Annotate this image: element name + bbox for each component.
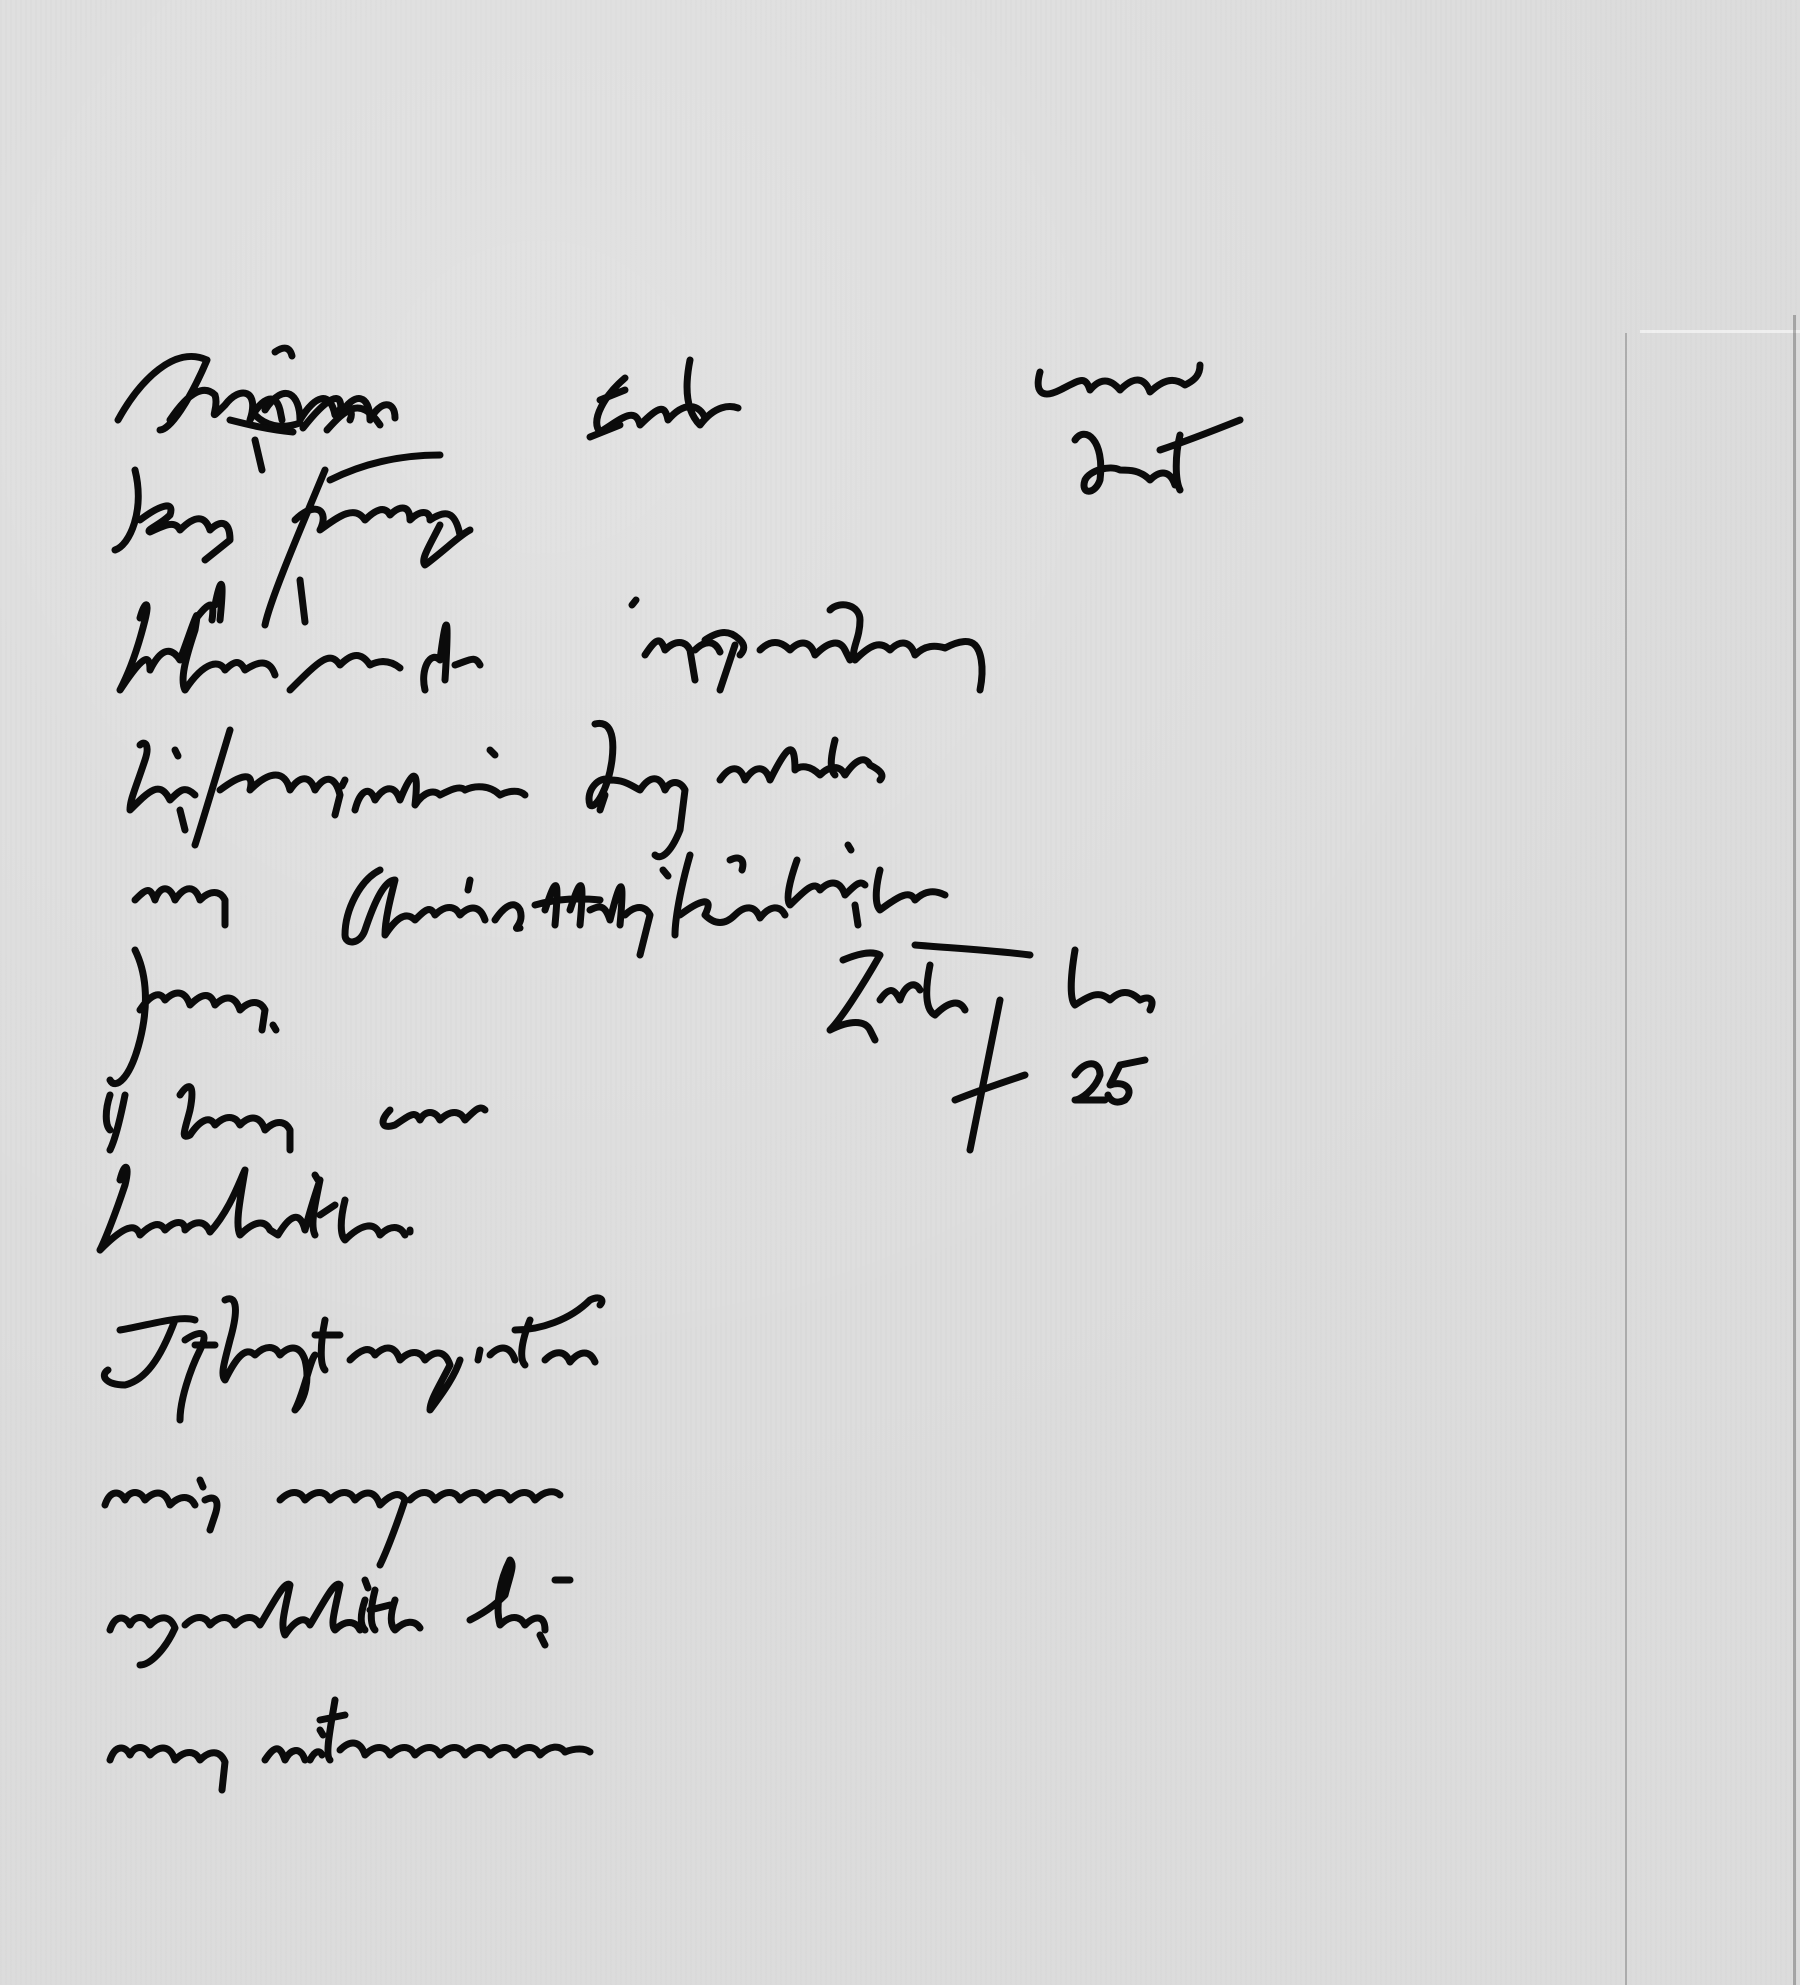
handwriting-line-5 [135,845,945,955]
handwriting-line-8 [100,1167,410,1250]
handwriting-line-3 [120,580,982,690]
handwriting-line-4 [130,723,882,856]
handwriting-line-9 [104,1298,602,1420]
handwriting-line-10 [105,1480,560,1565]
handwriting-ink [0,0,1800,1985]
letter-page: mijne Eerde waar Kan getuigen dat lukken… [0,0,1800,1985]
handwriting-line-2 [115,420,1240,625]
handwriting-line-1 [118,348,1200,470]
handwriting-line-11 [110,1560,570,1665]
handwriting-line-12 [110,1700,590,1790]
